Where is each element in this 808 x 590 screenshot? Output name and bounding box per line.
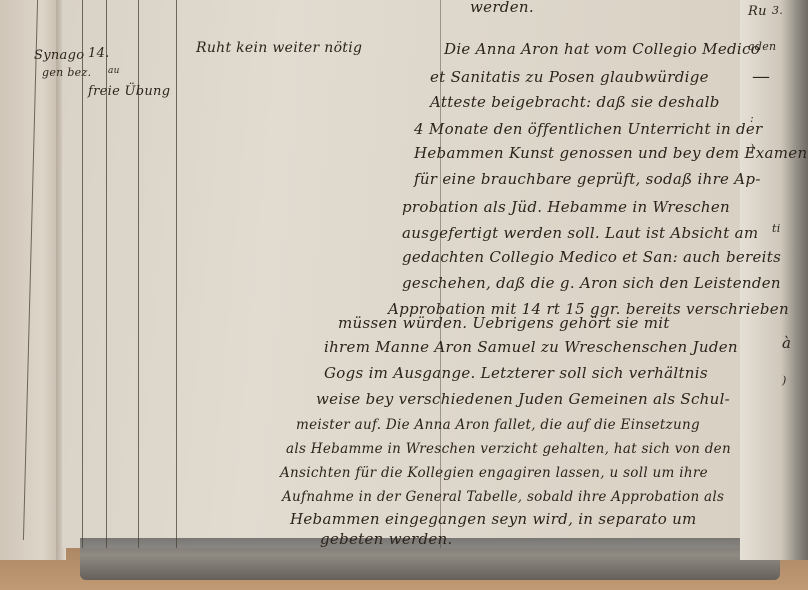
text-line: Atteste beigebracht: daß sie deshalb (430, 95, 720, 110)
text-line: gebeten werden. (320, 532, 453, 547)
text-line: meister auf. Die Anna Aron fallet, die a… (296, 418, 700, 433)
text-line: müssen würden. Uebrigens gehört sie mit (338, 316, 670, 331)
practice-label: freie Übung (88, 84, 170, 99)
column-rule (176, 0, 177, 548)
margin-note: 3. (772, 4, 783, 17)
margin-note: à (782, 334, 791, 352)
text-line: Hebammen eingegangen seyn wird, in separ… (290, 512, 697, 527)
text-line: Gogs im Ausgange. Letzterer soll sich ve… (324, 366, 708, 381)
margin-note: ti (772, 222, 781, 235)
margin-note: aden (748, 40, 776, 53)
margin-note: ) (750, 142, 755, 155)
text-line: als Hebamme in Wreschen verzicht gehalte… (286, 442, 731, 457)
text-line: Aufnahme in der General Tabelle, sobald … (282, 490, 724, 505)
text-line: probation als Jüd. Hebamme in Wreschen (402, 200, 730, 215)
entry-number: 14. (88, 46, 110, 61)
margin-note: — (752, 66, 770, 87)
column-rule (82, 0, 83, 548)
text-line: ausgefertigt werden soll. Laut ist Absic… (402, 226, 758, 241)
column-rule (106, 0, 107, 548)
margin-note: : (750, 112, 754, 125)
margin-note: Ru (748, 4, 767, 19)
remarks-heading: Ruht kein weiter nötig (196, 40, 362, 56)
top-fragment: werden. (470, 0, 534, 15)
synagogue-label-cont: gen bez. (42, 66, 91, 79)
text-line: weise bey verschiedenen Juden Gemeinen a… (316, 392, 730, 407)
text-line: gedachten Collegio Medico et San: auch b… (402, 250, 781, 265)
entry-sub: au (108, 66, 120, 76)
text-line: et Sanitatis zu Posen glaubwürdige (430, 70, 709, 85)
text-line: für eine brauchbare geprüft, sodaß ihre … (414, 172, 761, 187)
margin-note: ) (782, 374, 787, 387)
text-line: Ansichten für die Kollegien engagiren la… (280, 466, 708, 481)
text-line: ihrem Manne Aron Samuel zu Wreschenschen… (324, 340, 738, 355)
text-line: Die Anna Aron hat vom Collegio Medico (444, 42, 760, 57)
text-line: geschehen, daß die g. Aron sich den Leis… (402, 276, 781, 291)
synagogue-label: Synago (34, 48, 84, 63)
column-rule (138, 0, 139, 548)
text-line: 4 Monate den öffentlichen Unterricht in … (414, 122, 763, 137)
text-line: Hebammen Kunst genossen und bey dem Exam… (414, 146, 807, 161)
